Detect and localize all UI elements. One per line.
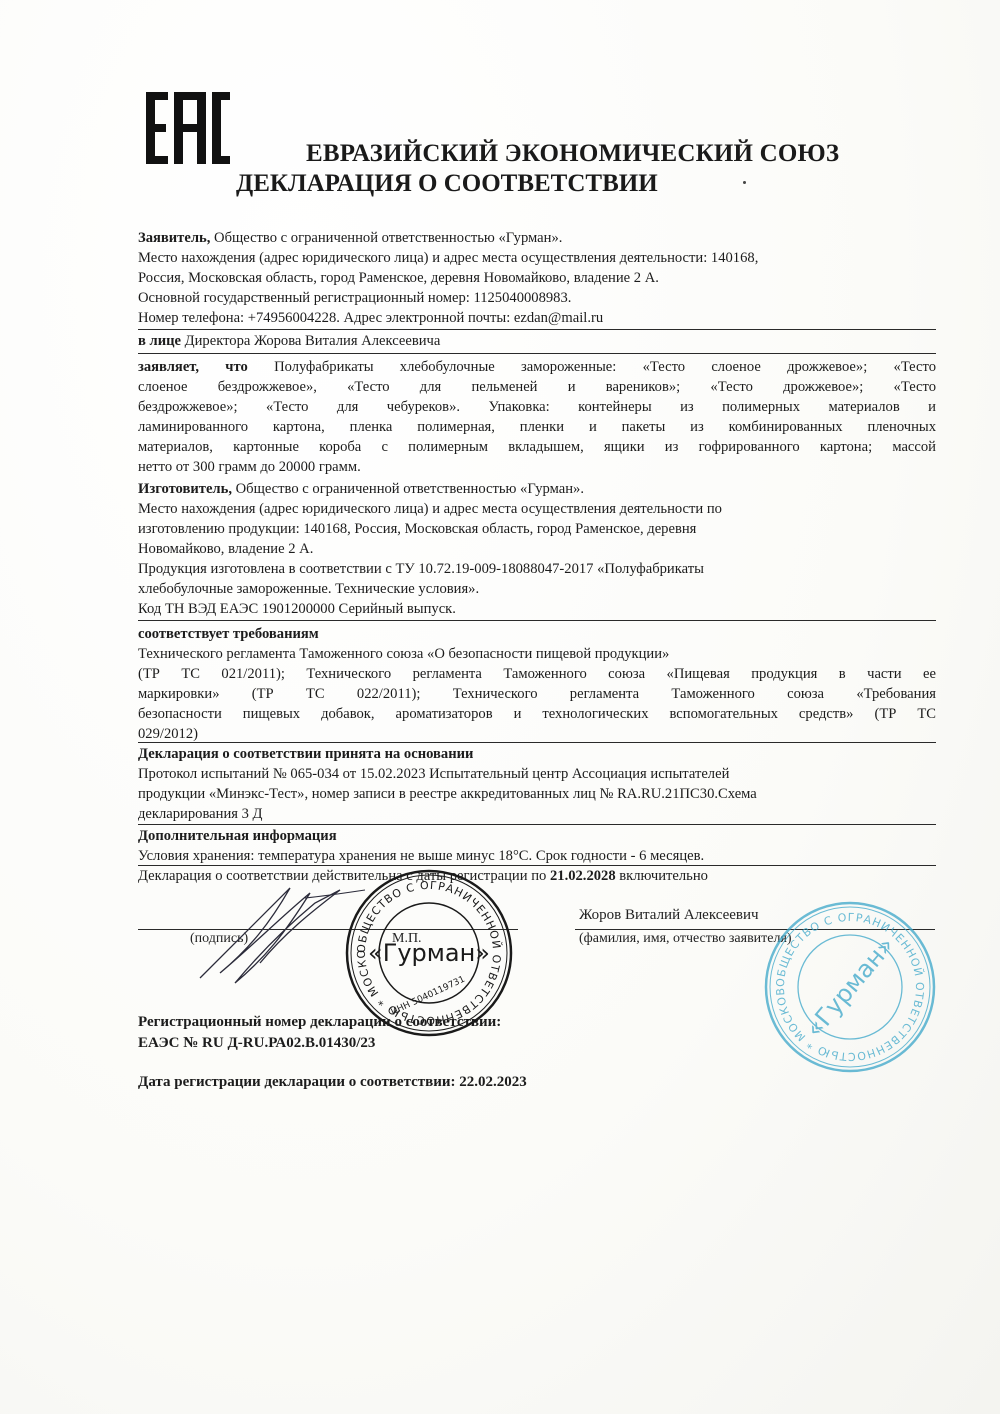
compliance-line: 029/2012) bbox=[138, 724, 936, 744]
manufacturer-label: Изготовитель, bbox=[138, 481, 232, 497]
declares-line: нетто от 300 грамм до 20000 грамм. bbox=[138, 457, 936, 477]
manufacturer-name: Общество с ограниченной ответственностью… bbox=[232, 481, 584, 497]
representative-label: в лице bbox=[138, 333, 181, 349]
divider bbox=[138, 824, 936, 825]
storage-conditions: Условия хранения: температура хранения н… bbox=[138, 846, 936, 866]
declaration-page: ЕВРАЗИЙСКИЙ ЭКОНОМИЧЕСКИЙ СОЮЗ ДЕКЛАРАЦИ… bbox=[0, 0, 1000, 1414]
signer-caption: (фамилия, имя, отчество заявителя) bbox=[579, 931, 792, 947]
declares-line: материалов, картонные короба с полимерны… bbox=[138, 437, 936, 457]
compliance-line: Технического регламента Таможенного союз… bbox=[138, 644, 936, 664]
declares-label: заявляет, что bbox=[138, 359, 248, 375]
representative-section: в лице Директора Жорова Виталия Алексеев… bbox=[138, 331, 936, 351]
compliance-line: (ТР ТС 021/2011); Технического регламент… bbox=[138, 664, 936, 684]
declares-line: Полуфабрикаты хлебобулочные замороженные… bbox=[248, 359, 936, 375]
manufacturer-standard-line: хлебобулочные замороженные. Технические … bbox=[138, 579, 936, 599]
validity-date: 21.02.2028 bbox=[550, 868, 616, 884]
divider bbox=[138, 329, 936, 330]
divider bbox=[138, 742, 936, 743]
registration-number-label: Регистрационный номер декларации о соотв… bbox=[138, 1012, 501, 1033]
declares-line: бездрожжевое»; «Тесто для чебуреков». Уп… bbox=[138, 397, 936, 417]
applicant-label: Заявитель, bbox=[138, 230, 210, 246]
basis-line: продукции «Минэкс-Тест», номер записи в … bbox=[138, 784, 936, 804]
applicant-contacts: Номер телефона: +74956004228. Адрес элек… bbox=[138, 308, 936, 328]
basis-heading: Декларация о соответствии принята на осн… bbox=[138, 744, 936, 764]
applicant-address-line2: Россия, Московская область, город Раменс… bbox=[138, 268, 936, 288]
manufacturer-address-line: Новомайково, владение 2 А. bbox=[138, 539, 936, 559]
union-title: ЕВРАЗИЙСКИЙ ЭКОНОМИЧЕСКИЙ СОЮЗ bbox=[306, 140, 839, 168]
compliance-section: соответствует требованиям Технического р… bbox=[138, 624, 936, 744]
applicant-name: Общество с ограниченной ответственностью… bbox=[210, 230, 562, 246]
registration-number-value: ЕАЭС № RU Д-RU.РА02.В.01430/23 bbox=[138, 1033, 501, 1054]
compliance-heading: соответствует требованиям bbox=[138, 624, 936, 644]
divider bbox=[138, 620, 936, 621]
validity-suffix: включительно bbox=[616, 868, 708, 884]
basis-line: декларирования 3 Д bbox=[138, 804, 936, 824]
representative-text: Директора Жорова Виталия Алексеевича bbox=[181, 333, 440, 349]
basis-line: Протокол испытаний № 065-034 от 15.02.20… bbox=[138, 764, 936, 784]
compliance-line: маркировки» (ТР ТС 022/2011); Техническо… bbox=[138, 684, 936, 704]
document-title: ДЕКЛАРАЦИЯ О СООТВЕТСТВИИ bbox=[236, 170, 658, 198]
registration-number-block: Регистрационный номер декларации о соотв… bbox=[138, 1012, 501, 1054]
declares-line: слоеное бездрожжевое», «Тесто для пельме… bbox=[138, 377, 936, 397]
manufacturer-section: Изготовитель, Общество с ограниченной от… bbox=[138, 479, 936, 619]
signer-name: Жоров Виталий Алексеевич bbox=[579, 907, 759, 924]
declares-line: ламинированного картона, пленка полимерн… bbox=[138, 417, 936, 437]
svg-text:«Гурман»: «Гурман» bbox=[368, 939, 490, 967]
tn-ved-code: Код ТН ВЭД ЕАЭС 1901200000 Серийный выпу… bbox=[138, 599, 936, 619]
declares-section: заявляет, что Полуфабрикаты хлебобулочны… bbox=[138, 357, 936, 477]
scan-speck bbox=[743, 181, 746, 184]
additional-heading: Дополнительная информация bbox=[138, 826, 936, 846]
manufacturer-address-line: изготовлению продукции: 140168, Россия, … bbox=[138, 519, 936, 539]
applicant-ogrn: Основной государственный регистрационный… bbox=[138, 288, 936, 308]
additional-section: Дополнительная информация Условия хранен… bbox=[138, 826, 936, 866]
eac-logo-icon bbox=[146, 92, 226, 164]
registration-date: Дата регистрации декларации о соответств… bbox=[138, 1072, 527, 1093]
company-seal-blue-icon: ОБЩЕСТВО С ОГРАНИЧЕННОЙ ОТВЕТСТВЕННОСТЬЮ… bbox=[763, 900, 938, 1075]
applicant-address-line1: Место нахождения (адрес юридического лиц… bbox=[138, 248, 936, 268]
applicant-section: Заявитель, Общество с ограниченной ответ… bbox=[138, 228, 936, 328]
manufacturer-address-line: Место нахождения (адрес юридического лиц… bbox=[138, 499, 936, 519]
compliance-line: безопасности пищевых добавок, ароматизат… bbox=[138, 704, 936, 724]
divider bbox=[138, 353, 936, 354]
basis-section: Декларация о соответствии принята на осн… bbox=[138, 744, 936, 824]
manufacturer-standard-line: Продукция изготовлена в соответствии с Т… bbox=[138, 559, 936, 579]
